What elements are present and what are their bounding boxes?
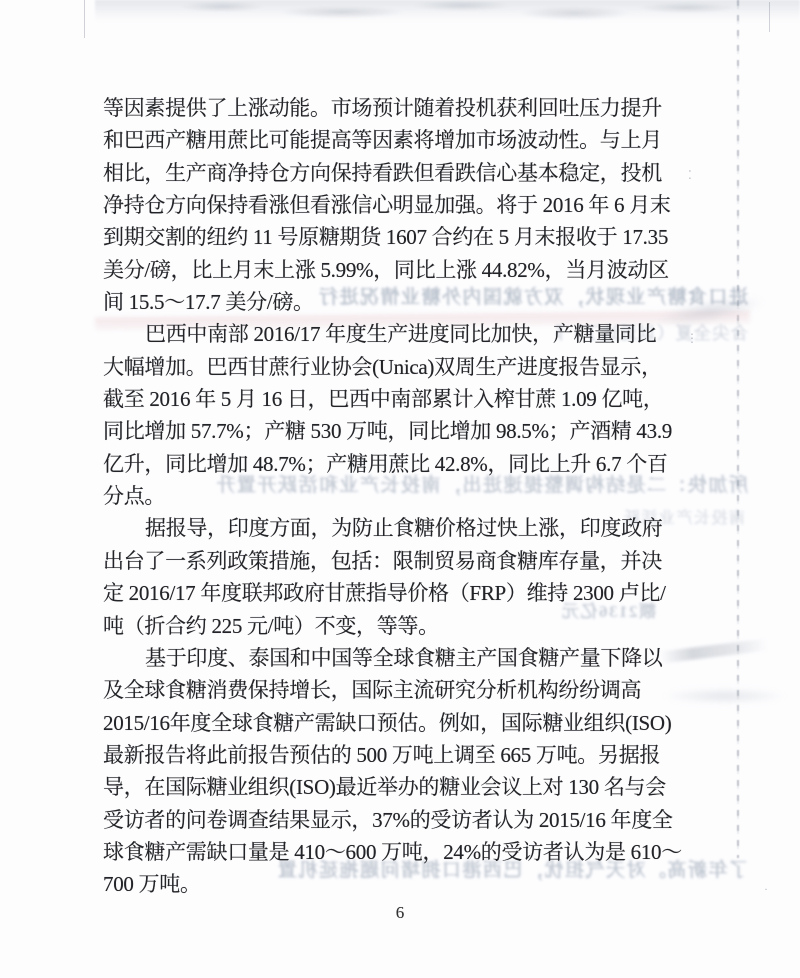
text-line: 同比增加 57.7%；产糖 530 万吨，同比增加 98.5%；产酒精 43.9	[103, 415, 678, 447]
page-edge-line	[737, 0, 739, 858]
text-line: 净持仓方向保持看涨但看涨信心明显加强。将于 2016 年 6 月末	[103, 189, 678, 221]
margin-mark: ⋮	[686, 331, 698, 346]
text-line: 间 15.5～17.7 美分/磅。	[103, 286, 678, 318]
scanned-document-page: 进口食糖产业现状，双方就国内外糖业情况进行 合尖全夏（以近达了）限 所加快：二是…	[0, 0, 800, 978]
text-line: 等因素提供了上涨动能。市场预计随着投机获利回吐压力提升	[103, 92, 678, 124]
text-line: 到期交割的纽约 11 号原糖期货 1607 合约在 5 月末报收于 17.35	[103, 221, 678, 253]
text-line: 截至 2016 年 5 月 16 日，巴西中南部累计入榨甘蔗 1.09 亿吨，	[103, 383, 678, 415]
text-line: 最新报告将此前报告预估的 500 万吨上调至 665 万吨。另据报	[103, 739, 678, 771]
corner-edge-mark	[769, 2, 770, 32]
text-line: 亿升，同比增加 48.7%；产糖用蔗比 42.8%，同比上升 6.7 个百	[103, 448, 678, 480]
scan-smudge-band	[95, 0, 800, 22]
document-body: 等因素提供了上涨动能。市场预计随着投机获利回吐压力提升 和巴西产糖用蔗比可能提高…	[103, 92, 678, 901]
margin-mark: ⁚	[688, 168, 692, 183]
text-line: 分点。	[103, 480, 678, 512]
text-line: 球食糖产需缺口量是 410～600 万吨，24%的受访者认为是 610～	[103, 836, 678, 868]
text-line: 及全球食糖消费保持增长，国际主流研究分析机构纷纷调高	[103, 674, 678, 706]
text-line: 吨（折合约 225 元/吨）不变，等等。	[103, 610, 678, 642]
text-line: 基于印度、泰国和中国等全球食糖主产国食糖产量下降以	[103, 642, 678, 674]
text-line: 巴西中南部 2016/17 年度生产进度同比加快，产糖量同比	[103, 318, 678, 350]
page-fold-line	[84, 0, 85, 38]
text-line: 受访者的问卷调查结果显示，37%的受访者认为 2015/16 年度全	[103, 804, 678, 836]
text-line: 导，在国际糖业组织(ISO)最近举办的糖业会议上对 130 名与会	[103, 771, 678, 803]
text-line: 700 万吨。	[103, 868, 678, 900]
text-line: 和巴西产糖用蔗比可能提高等因素将增加市场波动性。与上月	[103, 124, 678, 156]
text-line: 出台了一系列政策措施，包括：限制贸易商食糖库存量，并决	[103, 545, 678, 577]
scan-gray-smear	[662, 688, 787, 704]
text-line: 据报导，印度方面，为防止食糖价格过快上涨，印度政府	[103, 512, 678, 544]
page-number: 6	[0, 903, 800, 923]
text-line: 2015/16年度全球食糖产需缺口预估。例如，国际糖业组织(ISO)	[103, 707, 678, 739]
text-line: 相比，生产商净持仓方向保持看跌但看跌信心基本稳定，投机	[103, 157, 678, 189]
text-line: 大幅增加。巴西甘蔗行业协会(Unica)双周生产进度报告显示，	[103, 351, 678, 383]
text-line: 美分/磅，比上月末上涨 5.99%，同比上涨 44.82%，当月波动区	[103, 254, 678, 286]
margin-mark: ·	[764, 882, 768, 897]
text-line: 定 2016/17 年度联邦政府甘蔗指导价格（FRP）维持 2300 卢比/	[103, 577, 678, 609]
